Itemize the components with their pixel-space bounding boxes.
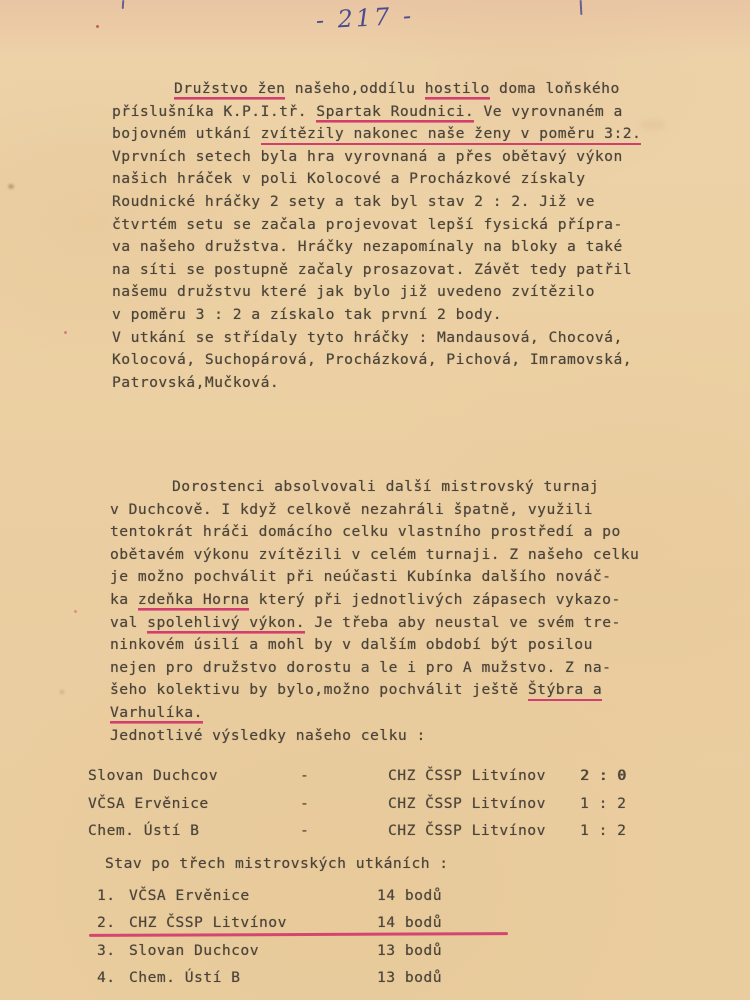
typed-text: ka [110,591,138,608]
typed-text: Roudnické hráčky 2 sety a tak byl stav 2… [112,193,595,210]
standing-team: Chem. Ústí B [129,964,377,991]
standing-row: 4.Chem. Ústí B13 bodů [97,964,492,991]
typed-line: ninkovém úsilí a mohl by v dalším období… [110,634,658,657]
typed-line: bojovném utkání zvítězily nakonec naše ž… [112,123,657,146]
standings-table: 1.VČSA Ervěnice14 bodů2.CHZ ČSSP Litvíno… [97,882,517,991]
typed-line: Dorostenci absolvovali další mistrovský … [110,476,658,499]
typed-text: Jednotlivé výsledky našeho celku : [110,727,426,744]
underlined-text: Spartak Roudnici. [316,103,474,123]
versus-dash: - [300,790,388,818]
ink-speck [74,610,77,613]
home-team: Chem. Ústí B [88,817,300,845]
typed-line: Patrovská,Mučková. [112,372,657,395]
standing-points: 14 bodů [377,882,492,909]
typed-line: Jednotlivé výsledky našeho celku : [110,725,658,748]
typed-text: Patrovská,Mučková. [112,374,279,391]
paper-smudge [8,184,14,189]
typed-line: tentokrát hráči domácího celku vlastního… [110,521,658,544]
underlined-text: zdeňka Horna [138,591,249,611]
typed-line: našich hráček v poli Kolocové a Procházk… [112,168,657,191]
standing-points: 13 bodů [377,937,492,964]
standing-team: Slovan Duchcov [129,937,377,964]
typed-line: našemu družstvu které jak bylo již uvede… [112,281,657,304]
typed-text: V utkání se střídaly tyto hráčky : Manda… [112,329,623,346]
underlined-text: spolehlivý výkon. [147,614,305,634]
typed-text: šeho kolektivu by bylo,možno pochválit j… [110,681,528,698]
standing-rank: 3. [97,937,129,964]
match-score: 1 : 2 [580,790,668,818]
typed-text: na síti se postupně začaly prosazovat. Z… [112,261,632,278]
standings-title: Stav po třech mistrovských utkáních : [105,852,585,876]
underlined-text: zvítězily nakonec naše ženy v poměru 3:2… [261,125,642,145]
ink-tick-mark [580,0,583,15]
underlined-text: Družstvo žen [174,80,285,100]
typed-line: Roudnické hráčky 2 sety a tak byl stav 2… [112,191,657,214]
results-table: Slovan Duchcov-CHZ ČSSP Litvínov2 : 0VČS… [88,762,668,845]
typed-line: V utkání se střídaly tyto hráčky : Manda… [112,327,657,350]
page-number: - 217 - [289,0,440,36]
typed-text: obětavém výkonu zvítězili v celém turnaj… [110,546,639,563]
standing-rank: 4. [97,964,129,991]
typed-text: Dorostenci absolvovali další mistrovský … [172,478,599,495]
typed-line: Kolocová, Suchopárová, Procházková, Pich… [112,349,657,372]
versus-dash: - [300,762,388,790]
typed-text: našich hráček v poli Kolocové a Procházk… [112,170,586,187]
typed-text: Je třeba aby neustal ve svém tre- [305,614,621,631]
typed-line: Vprvních setech byla hra vyrovnaná a pře… [112,146,657,169]
typed-text: tentokrát hráči domácího celku vlastního… [110,523,621,540]
typed-text: bojovném utkání [112,125,261,142]
typed-line: val spolehlivý výkon. Je třeba aby neust… [110,612,658,635]
paper-smudge [60,690,64,694]
result-row: VČSA Ervěnice-CHZ ČSSP Litvínov1 : 2 [88,790,668,818]
typed-text: Kolocová, Suchopárová, Procházková, Pich… [112,351,632,368]
underlined-text: hostilo [425,80,490,100]
underlined-text: Štýbra a [528,681,602,701]
match-score: 2 : 0 [580,762,668,790]
typed-text: doma loňského [490,80,620,97]
typed-line: ka zdeňka Horna který při jednotlivých z… [110,589,658,612]
typed-text: nejen pro družstvo dorostu a le i pro A … [110,659,611,676]
typed-line: na síti se postupně začaly prosazovat. Z… [112,259,657,282]
typed-line: příslušníka K.P.I.tř. Spartak Roudnici. … [112,101,657,124]
standing-team: VČSA Ervěnice [129,882,377,909]
typed-text: našeho,oddílu [285,80,424,97]
standing-row: 2.CHZ ČSSP Litvínov14 bodů [97,909,492,936]
typed-text: v Duchcově. I když celkově nezahráli špa… [110,501,593,518]
underlined-text: Varhulíka. [110,704,203,724]
typed-text: je možno pochválit při neúčasti Kubínka … [110,568,611,585]
ink-speck [64,331,67,334]
away-team: CHZ ČSSP Litvínov [388,817,580,845]
typed-line: nejen pro družstvo dorostu a le i pro A … [110,657,658,680]
standing-rank: 2. [97,909,129,936]
paragraph-women-team: Družstvo žen našeho,oddílu hostilo doma … [112,78,657,394]
standing-row: 1.VČSA Ervěnice14 bodů [97,882,492,909]
home-team: VČSA Ervěnice [88,790,300,818]
away-team: CHZ ČSSP Litvínov [388,762,580,790]
typed-line: čtvrtém setu se začala projevovat lepší … [112,214,657,237]
versus-dash: - [300,817,388,845]
typed-line: v Duchcově. I když celkově nezahráli špa… [110,499,658,522]
standing-rank: 1. [97,882,129,909]
typed-line: Družstvo žen našeho,oddílu hostilo doma … [112,78,657,101]
ink-speck [96,25,99,28]
away-team: CHZ ČSSP Litvínov [388,790,580,818]
typed-line: va našeho družstva. Hráčky nezapomínaly … [112,236,657,259]
standing-points: 13 bodů [377,964,492,991]
scanned-document-page: { "page_number": "- 217 -", "colors": { … [0,0,750,1000]
home-team: Slovan Duchcov [88,762,300,790]
typed-text: v poměru 3 : 2 a získalo tak první 2 bod… [112,306,502,323]
typed-line: v poměru 3 : 2 a získalo tak první 2 bod… [112,304,657,327]
typed-line: je možno pochválit při neúčasti Kubínka … [110,566,658,589]
typed-text: který při jednotlivých zápasech vykazo- [249,591,620,608]
match-score: 1 : 2 [580,817,668,845]
typed-text: ninkovém úsilí a mohl by v dalším období… [110,636,593,653]
typed-text: va našeho družstva. Hráčky nezapomínaly … [112,238,623,255]
ink-tick-mark [122,0,125,9]
typed-text: čtvrtém setu se začala projevovat lepší … [112,216,623,233]
typed-line: obětavém výkonu zvítězili v celém turnaj… [110,544,658,567]
typed-text: val [110,614,147,631]
standing-row: 3.Slovan Duchcov13 bodů [97,937,492,964]
typed-text: příslušníka K.P.I.tř. [112,103,316,120]
typed-text: našemu družstvu které jak bylo již uvede… [112,283,595,300]
result-row: Chem. Ústí B-CHZ ČSSP Litvínov1 : 2 [88,817,668,845]
typed-line: šeho kolektivu by bylo,možno pochválit j… [110,679,658,702]
typed-text: Ve vyrovnaném a [474,103,623,120]
typed-line: Varhulíka. [110,702,658,725]
paragraph-juniors: Dorostenci absolvovali další mistrovský … [110,476,658,747]
typed-text: Vprvních setech byla hra vyrovnaná a pře… [112,148,623,165]
result-row: Slovan Duchcov-CHZ ČSSP Litvínov2 : 0 [88,762,668,790]
